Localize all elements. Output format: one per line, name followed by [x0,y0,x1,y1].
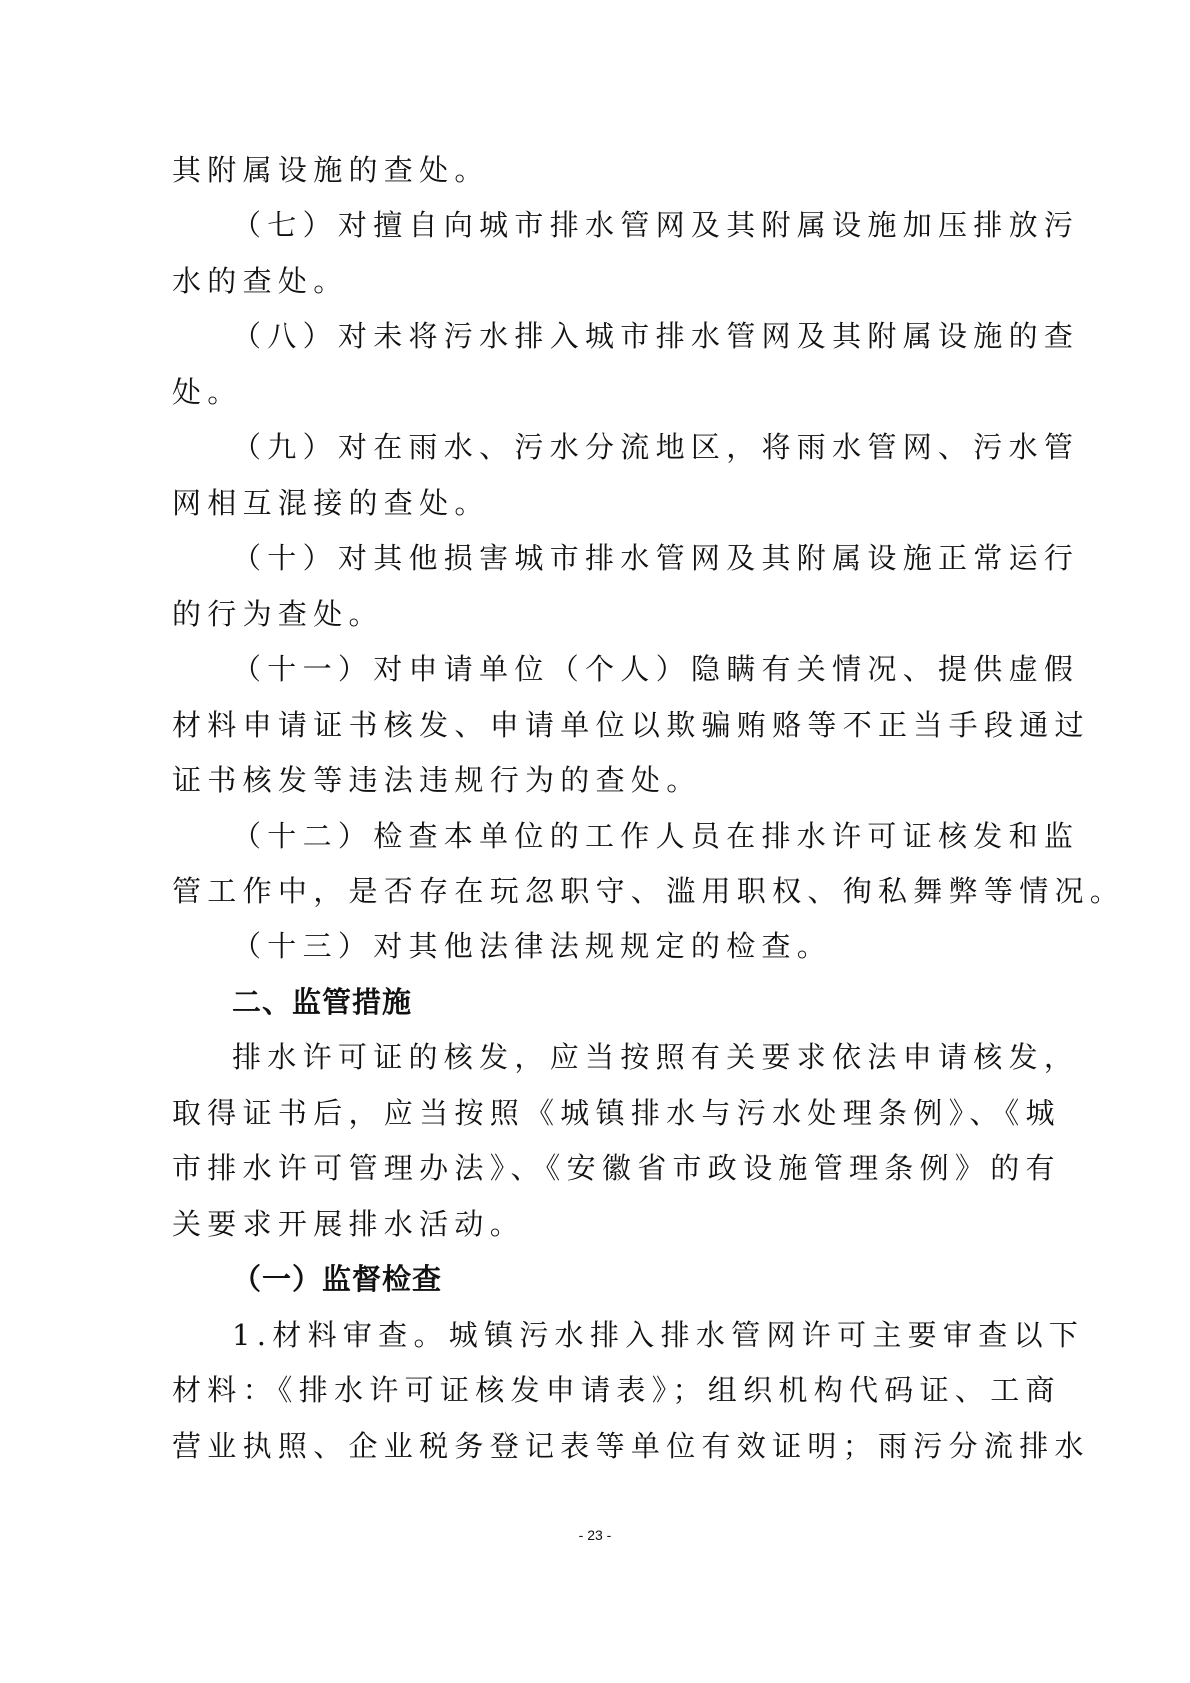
text-line: 排水许可证的核发，应当按照有关要求依法申请核发， [232,1037,1072,1077]
text-line: 水的查处。 [172,261,1012,301]
text-line: 的行为查处。 [172,594,1012,634]
text-line: （八）对未将污水排入城市排水管网及其附属设施的查 [232,316,1072,356]
text-line: （十二）检查本单位的工作人员在排水许可证核发和监 [232,816,1072,856]
text-line: 处。 [172,372,1012,412]
text-line: 其附属设施的查处。 [172,150,1012,190]
text-line: （十）对其他损害城市排水管网及其附属设施正常运行 [232,538,1072,578]
text-line: 材料：《排水许可证核发申请表》；组织机构代码证、工商 [172,1370,1012,1410]
document-page: 其附属设施的查处。（七）对擅自向城市排水管网及其附属设施加压排放污水的查处。（八… [0,0,1190,1683]
text-line: 市排水许可管理办法》、《安徽省市政设施管理条例》的有 [172,1148,1012,1188]
page-number: - 23 - [0,1527,1190,1543]
text-line: 关要求开展排水活动。 [172,1204,1012,1244]
section-heading: （一）监督检查 [232,1259,1072,1299]
text-line: 材料申请证书核发、申请单位以欺骗贿赂等不正当手段通过 [172,705,1012,745]
text-line: 证书核发等违法违规行为的查处。 [172,760,1012,800]
text-line: （十一）对申请单位（个人）隐瞒有关情况、提供虚假 [232,649,1072,689]
text-line: 营业执照、企业税务登记表等单位有效证明；雨污分流排水 [172,1426,1012,1466]
section-heading: 二、监管措施 [232,982,1072,1022]
text-line: （十三）对其他法律法规规定的检查。 [232,926,1072,966]
text-line: （九）对在雨水、污水分流地区，将雨水管网、污水管 [232,427,1072,467]
text-line: 取得证书后，应当按照《城镇排水与污水处理条例》、《城 [172,1093,1012,1133]
text-line: 1.材料审查。城镇污水排入排水管网许可主要审查以下 [232,1315,1072,1355]
text-line: 管工作中，是否存在玩忽职守、滥用职权、徇私舞弊等情况。 [172,871,1012,911]
text-line: （七）对擅自向城市排水管网及其附属设施加压排放污 [232,205,1072,245]
text-line: 网相互混接的查处。 [172,483,1012,523]
